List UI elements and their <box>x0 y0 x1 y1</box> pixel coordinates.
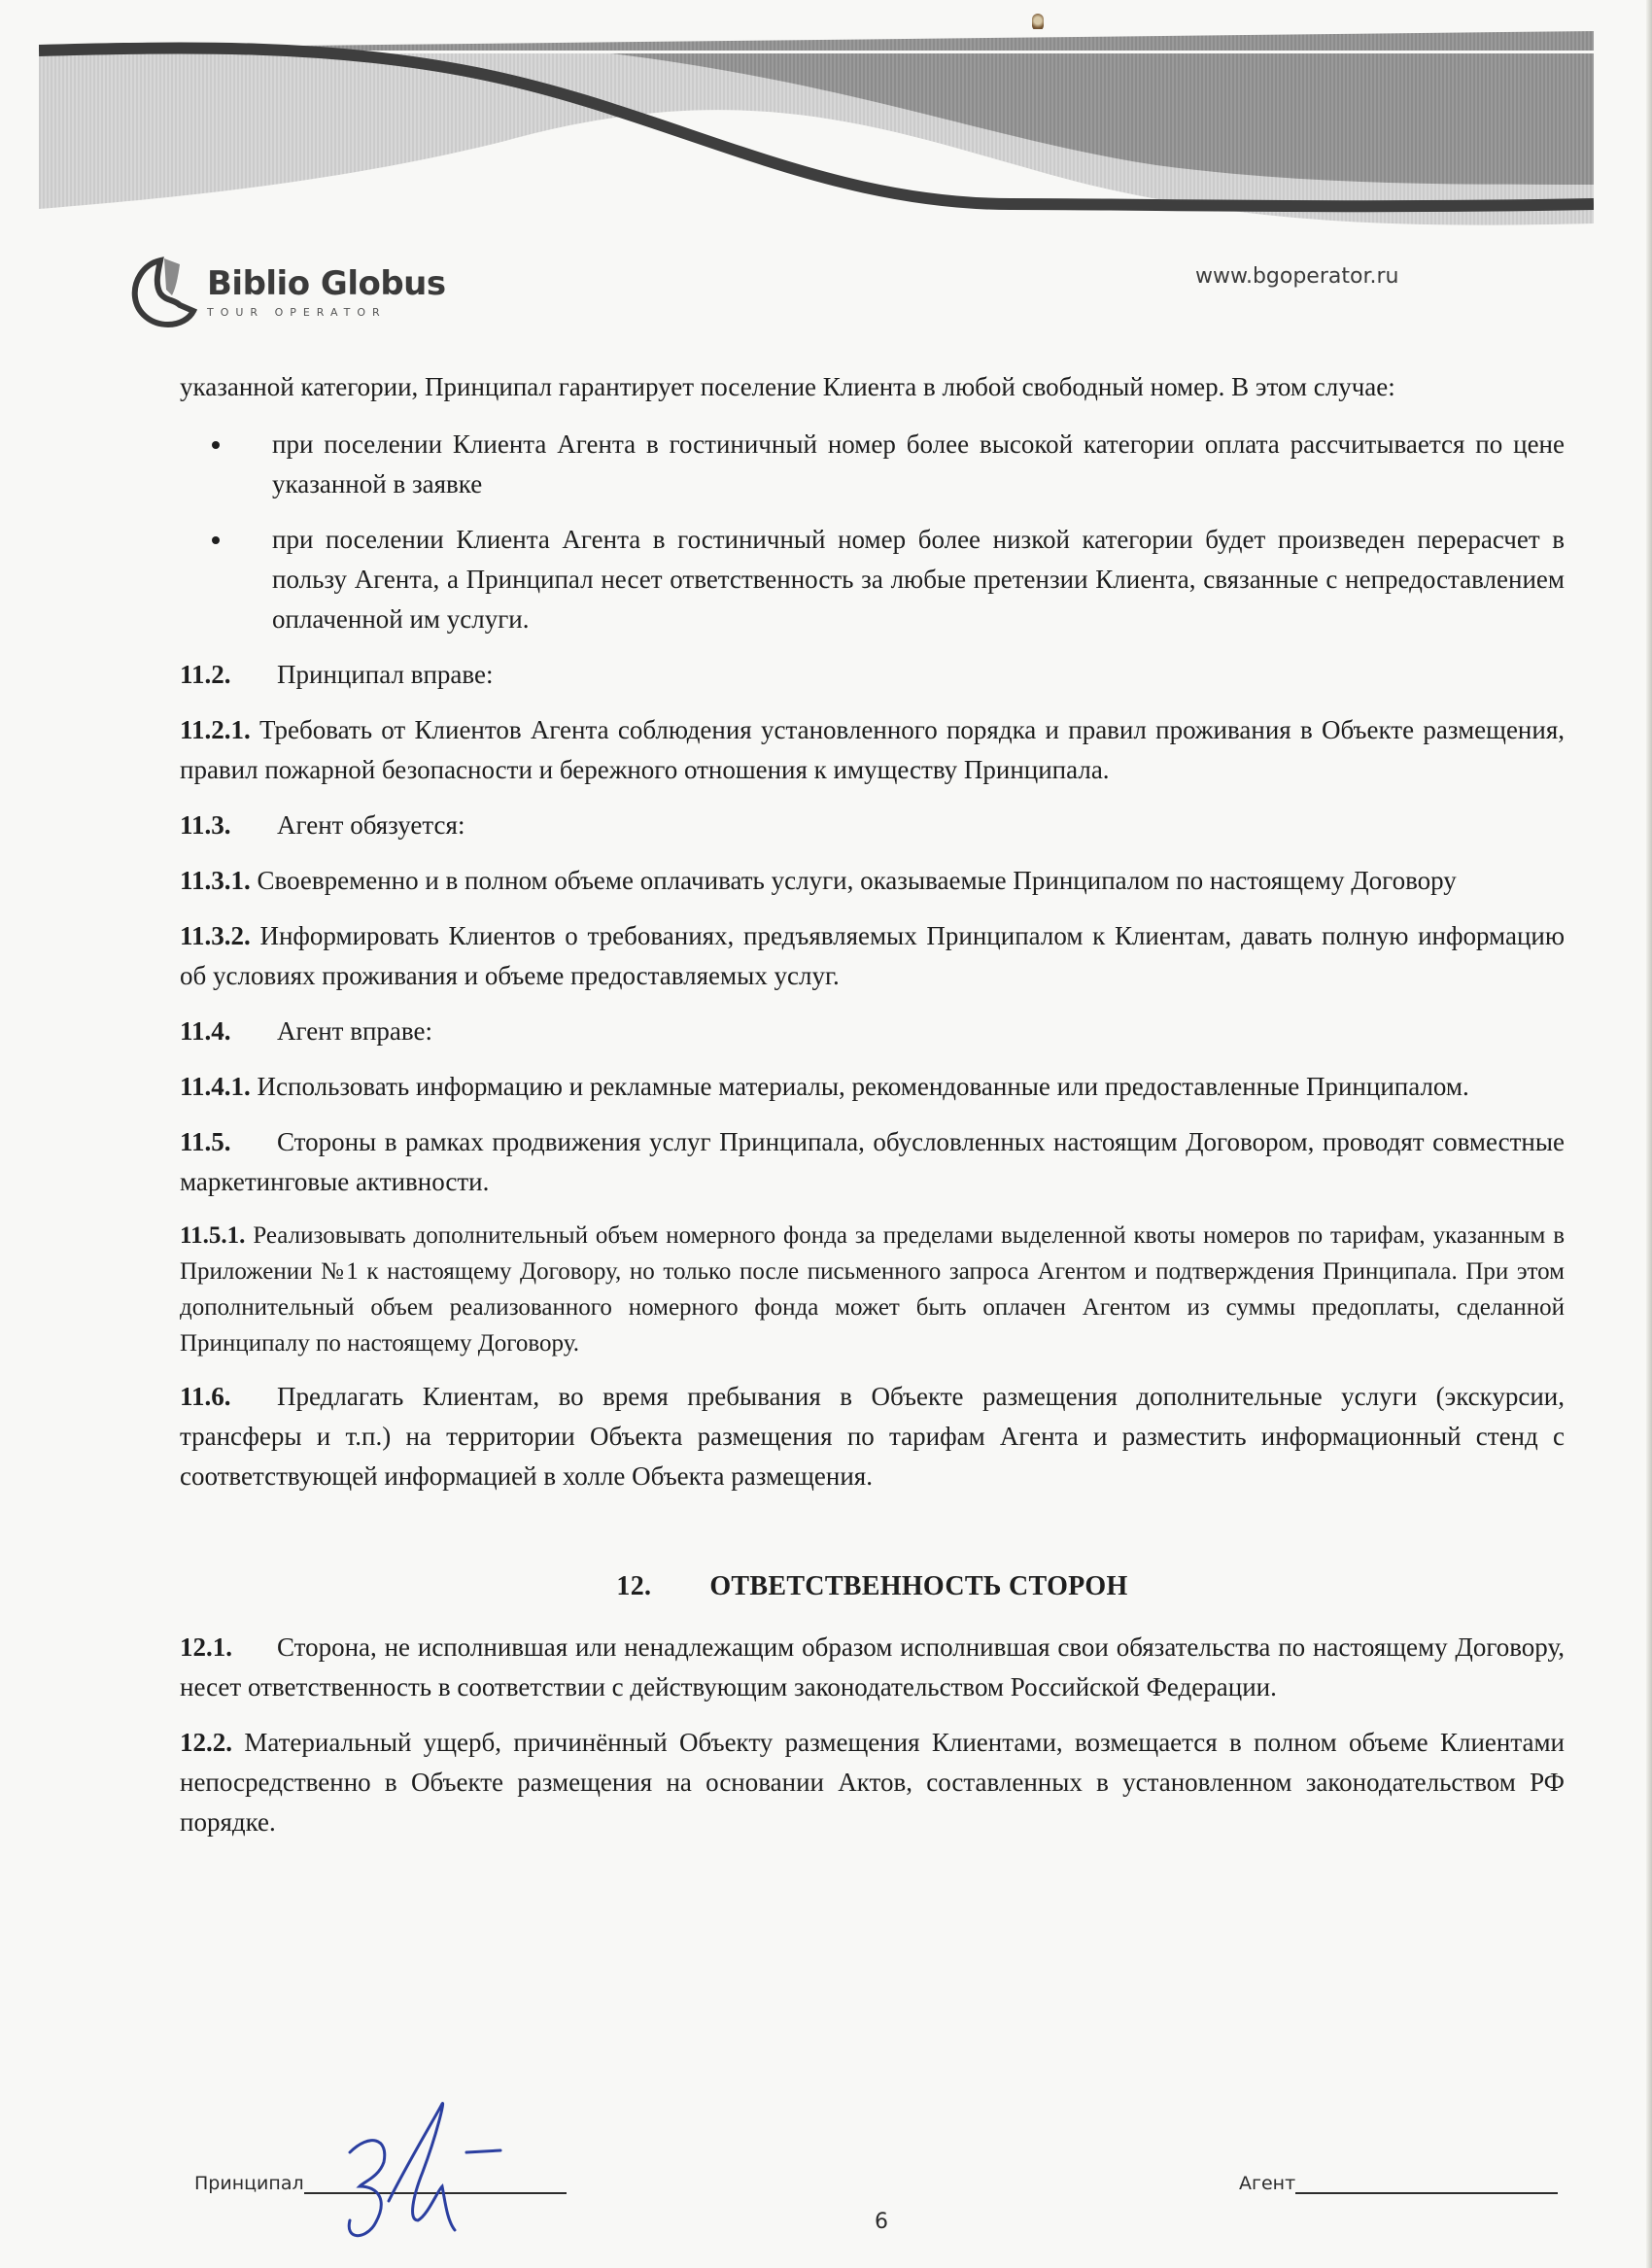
website-url: www.bgoperator.ru <box>1195 264 1398 289</box>
section-title: ОТВЕТСТВЕННОСТЬ СТОРОН <box>709 1571 1127 1601</box>
clause-text: Предлагать Клиентам, во время пребывания… <box>180 1382 1565 1491</box>
intro-paragraph: указанной категории, Принципал гарантиру… <box>180 367 1565 407</box>
page-footer: Принципал Агент 6 <box>194 2148 1574 2254</box>
bullet-list: при поселении Клиента Агента в гостиничн… <box>180 425 1565 639</box>
clause-11-3: 11.3.Агент обязуется: <box>180 806 1565 845</box>
clause-12-1: 12.1.Сторона, не исполнившая или ненадле… <box>180 1628 1565 1707</box>
clause-11-3-2: 11.3.2. Информировать Клиентов о требова… <box>180 916 1565 996</box>
document-body: указанной категории, Принципал гарантиру… <box>180 367 1565 1858</box>
clause-number: 11.3. <box>180 806 277 845</box>
clause-11-3-1: 11.3.1. Своевременно и в полном объеме о… <box>180 861 1565 901</box>
clause-text: Использовать информацию и рекламные мате… <box>258 1072 1469 1101</box>
clause-11-4: 11.4.Агент вправе: <box>180 1012 1565 1051</box>
clause-11-4-1: 11.4.1. Использовать информацию и реклам… <box>180 1067 1565 1107</box>
handwritten-signature-icon <box>330 2094 544 2250</box>
clause-12-2: 12.2. Материальный ущерб, причинённый Об… <box>180 1723 1565 1842</box>
wave-graphic <box>39 29 1594 233</box>
principal-label: Принципал <box>194 2173 304 2194</box>
logo-subtitle: TOUR OPERATOR <box>207 306 446 319</box>
clause-number: 11.5. <box>180 1122 277 1162</box>
clause-text: Материальный ущерб, причинённый Объекту … <box>180 1728 1565 1837</box>
biblio-globus-logo-icon <box>131 255 197 328</box>
agent-signature-line <box>1295 2171 1558 2194</box>
page-number: 6 <box>875 2210 888 2234</box>
clause-number: 11.3.1. <box>180 866 251 895</box>
header-wave-band <box>39 29 1594 233</box>
agent-signature-field: Агент <box>1239 2171 1558 2194</box>
clause-text: Требовать от Клиентов Агента соблюдения … <box>180 715 1565 784</box>
clause-number: 11.4. <box>180 1012 277 1051</box>
clause-11-6: 11.6.Предлагать Клиентам, во время пребы… <box>180 1377 1565 1496</box>
bullet-item: при поселении Клиента Агента в гостиничн… <box>272 520 1565 639</box>
clause-text: Своевременно и в полном объеме оплачиват… <box>258 866 1457 895</box>
clause-text: Стороны в рамках продвижения услуг Принц… <box>180 1127 1565 1196</box>
clause-number: 12.2. <box>180 1728 232 1757</box>
clause-text: Агент вправе: <box>277 1016 432 1046</box>
logo-name: Biblio Globus <box>207 265 446 302</box>
agent-label: Агент <box>1239 2173 1295 2194</box>
clause-number: 11.6. <box>180 1377 277 1417</box>
section-number: 12. <box>616 1571 651 1601</box>
clause-number: 11.2.1. <box>180 715 251 744</box>
clause-number: 11.3.2. <box>180 921 251 950</box>
clause-number: 11.2. <box>180 655 277 695</box>
clause-text: Агент обязуется: <box>277 810 465 840</box>
company-logo: Biblio Globus TOUR OPERATOR <box>131 255 446 328</box>
clause-11-5-1: 11.5.1. Реализовывать дополнительный объ… <box>180 1218 1565 1361</box>
clause-11-2-1: 11.2.1. Требовать от Клиентов Агента соб… <box>180 710 1565 790</box>
clause-text: Реализовывать дополнительный объем номер… <box>180 1222 1565 1357</box>
clause-number: 11.4.1. <box>180 1072 251 1101</box>
section-heading: 12.ОТВЕТСТВЕННОСТЬ СТОРОН <box>180 1566 1565 1606</box>
bullet-item: при поселении Клиента Агента в гостиничн… <box>272 425 1565 504</box>
clause-text: Сторона, не исполнившая или ненадлежащим… <box>180 1632 1565 1701</box>
clause-11-2: 11.2.Принципал вправе: <box>180 655 1565 695</box>
clause-number: 11.5.1. <box>180 1222 245 1249</box>
clause-11-5: 11.5.Стороны в рамках продвижения услуг … <box>180 1122 1565 1202</box>
clause-number: 12.1. <box>180 1628 277 1667</box>
clause-text: Информировать Клиентов о требованиях, пр… <box>180 921 1565 990</box>
clause-text: Принципал вправе: <box>277 660 493 689</box>
page-edge <box>1646 0 1652 2268</box>
